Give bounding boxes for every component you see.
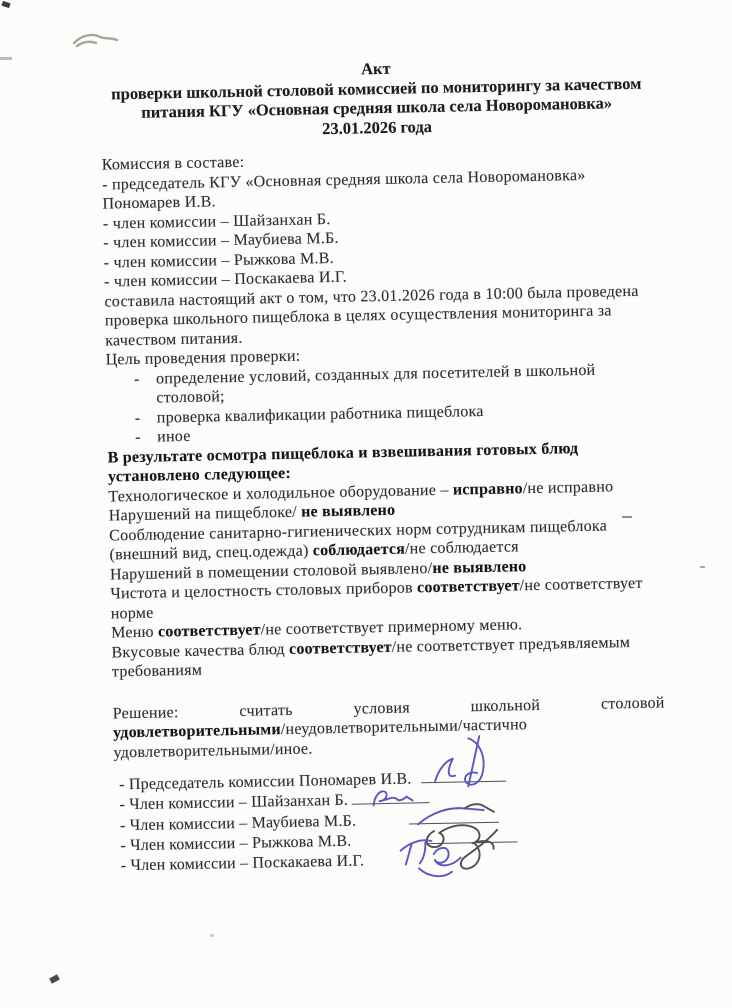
signature-block: - Председатель комиссии Пономарев И.В. -…	[114, 764, 668, 877]
goal-text: иное	[157, 428, 191, 446]
finding-selected-option: соблюдается	[313, 541, 406, 560]
scanned-document-page: Акт проверки школьной столовой комиссией…	[0, 0, 732, 1008]
finding-selected-option: исправно	[453, 480, 523, 498]
finding-selected-option: соответствует	[289, 638, 392, 657]
pen-smudge-stroke	[77, 42, 96, 46]
decision-word: Решение:	[113, 703, 179, 724]
finding-text: /не исправно	[523, 478, 614, 497]
list-dash: -	[107, 428, 157, 448]
finding-text: требованиям	[112, 662, 203, 681]
finding-selected-option: не выявлено	[301, 502, 395, 521]
signature-rule	[352, 799, 430, 805]
decision-word: считать	[239, 700, 293, 721]
list-dash: -	[106, 369, 156, 389]
finding-text: норме	[111, 604, 154, 622]
finding-text: Вкусовые качества блюд	[111, 640, 289, 661]
decision-word: условия	[353, 698, 410, 719]
scan-speck	[49, 974, 60, 984]
finding-text: /не соответствует	[520, 575, 643, 594]
decision-word: школьной	[470, 695, 540, 716]
signature-label: - Член комиссии – Рыжкова М.В.	[120, 833, 351, 855]
list-dash: -	[107, 408, 157, 428]
finding-selected-option: соответствует	[158, 621, 261, 640]
signature-label: - Член комиссии – Маубиева М.Б.	[120, 812, 357, 834]
finding-text: (внешний вид, спец.одежда)	[109, 542, 313, 563]
finding-text: /не соблюдается	[405, 538, 519, 557]
scan-speck	[700, 566, 705, 568]
finding-text: /не соответствует предъявляемым	[392, 634, 631, 656]
decision-word: столовой	[601, 693, 665, 714]
document-title: Акт проверки школьной столовой комиссией…	[100, 53, 653, 142]
decision-selected-option: удовлетворительными	[113, 721, 281, 741]
finding-selected-option: не выявлено	[432, 558, 526, 577]
document-content: Акт проверки школьной столовой комиссией…	[100, 53, 668, 877]
signature-rule	[409, 818, 499, 824]
decision-text: /неудовлетворительными/частично	[281, 716, 528, 738]
pen-smudge-artifact	[72, 30, 120, 50]
document-body: Комиссия в составе: - председатель КГУ «…	[102, 145, 664, 682]
signature-label: - Член комиссии – Шайзанхан Б.	[119, 792, 348, 814]
signature-rule	[424, 838, 517, 844]
scan-speck	[1, 1, 10, 8]
finding-text: Нарушений на пищеблоке/	[109, 504, 302, 525]
finding-selected-option: соответствует	[417, 577, 520, 596]
finding-text: Меню	[111, 624, 158, 642]
scan-speck	[0, 57, 12, 60]
decision-paragraph: Решение: считать условия школьной столов…	[113, 693, 666, 763]
signature-rule	[422, 778, 507, 784]
signature-label: - Член комиссии – Поскакаева И.Г.	[121, 853, 365, 875]
scan-speck	[210, 934, 214, 937]
